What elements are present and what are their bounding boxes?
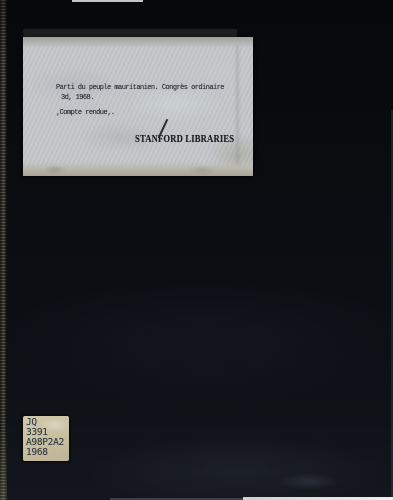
call-number-label: JQ 3391 A98P2A2 1968	[23, 416, 69, 461]
spine-edge	[0, 0, 7, 500]
title-line-3: ‚Compte rendue‚.	[56, 109, 114, 117]
label-tape-bottom	[23, 162, 253, 176]
scan-artifact-top	[72, 0, 143, 2]
title-label: Parti du peuple mauritanien. Congrès ord…	[23, 37, 253, 176]
call-number-line-4: 1968	[26, 448, 69, 458]
book-cover-scan: Parti du peuple mauritanien. Congrès ord…	[0, 0, 393, 500]
stanford-libraries-stamp: STANFORD LIBRARIES	[135, 134, 234, 145]
label-fold-line	[236, 45, 239, 169]
label-tape-top	[23, 37, 253, 47]
ghost-smudge	[278, 473, 340, 490]
title-line-1: Parti du peuple mauritanien. Congrès ord…	[56, 84, 224, 92]
title-line-2: 3d, 1968.	[61, 94, 94, 102]
